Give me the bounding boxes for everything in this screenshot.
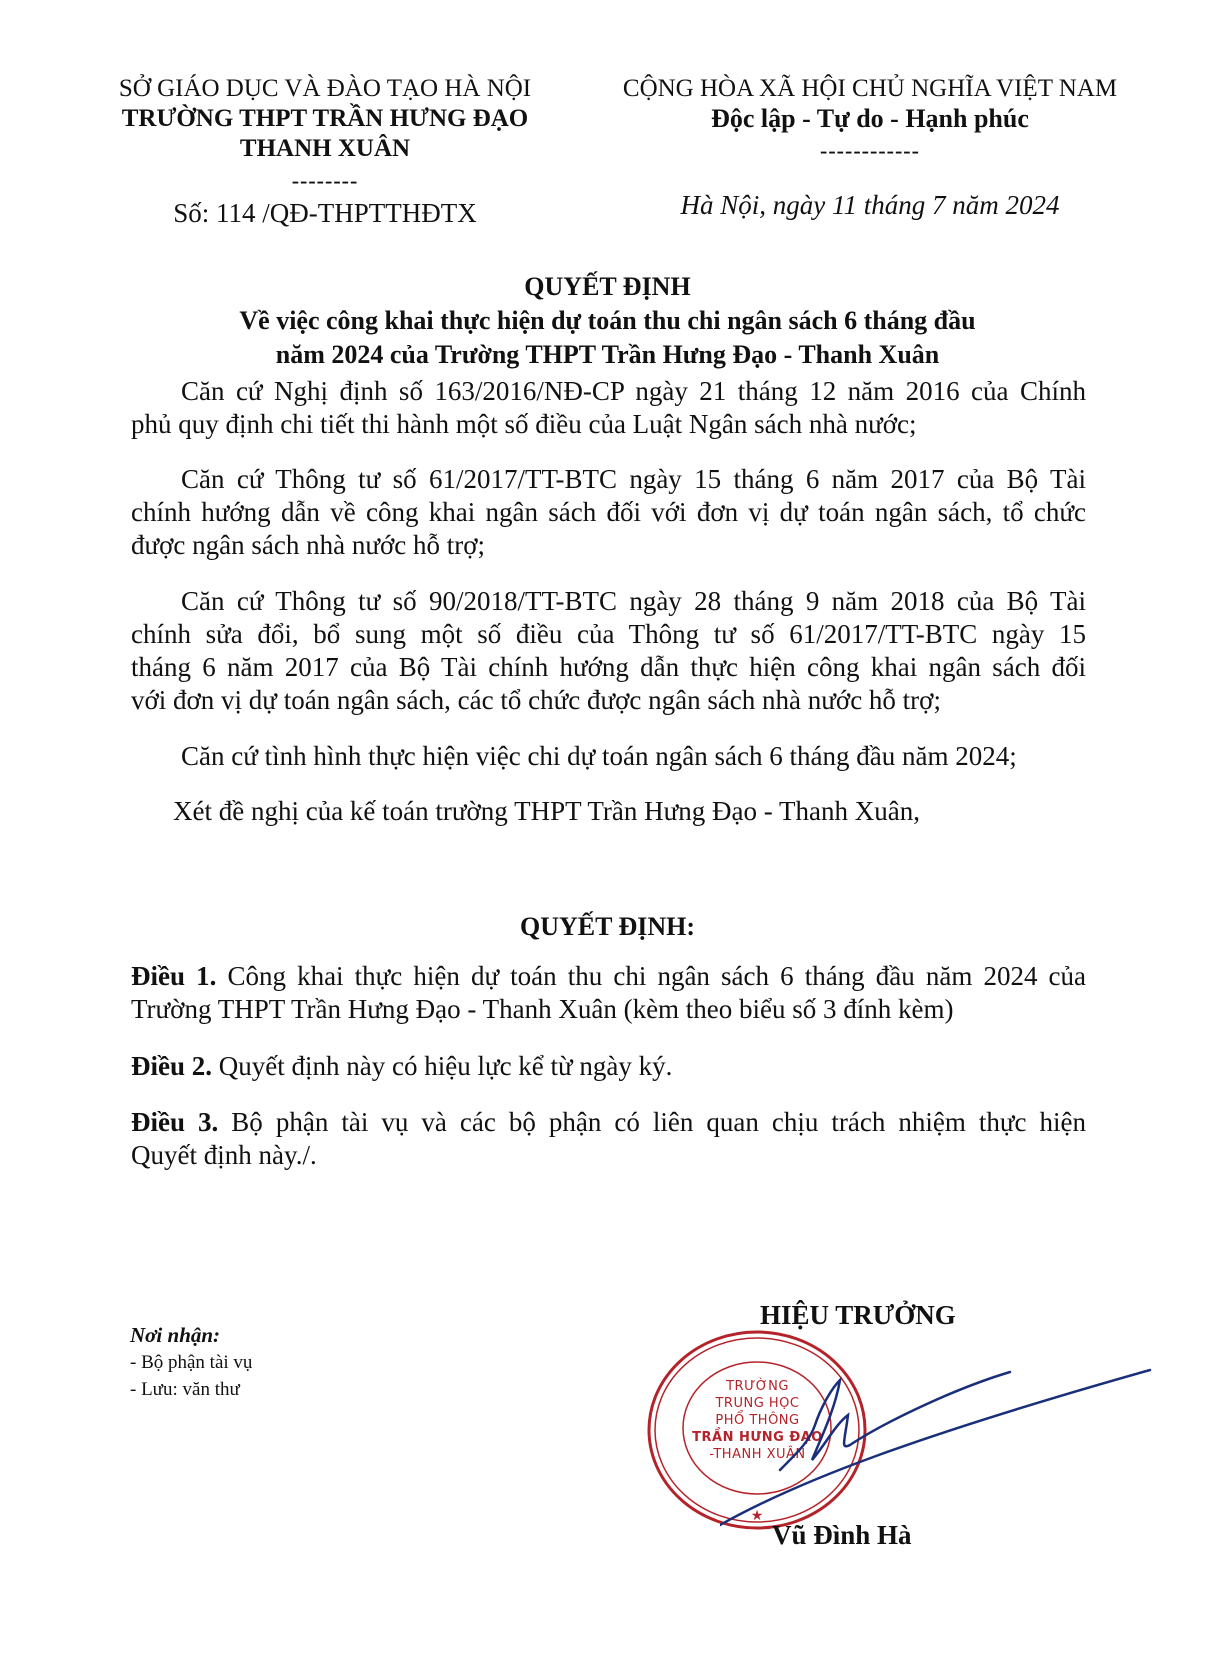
preamble-paragraph-2: Căn cứ Thông tư số 61/2017/TT-BTC ngày 1… xyxy=(131,463,1086,562)
article-1: Điều 1. Công khai thực hiện dự toán thu … xyxy=(131,960,1086,1026)
article-text: Bộ phận tài vụ và các bộ phận có liên qu… xyxy=(218,1107,1086,1137)
preamble-line: Căn cứ Thông tư số 90/2018/TT-BTC ngày 2… xyxy=(131,585,1086,618)
place-and-date: Hà Nội, ngày 11 tháng 7 năm 2024 xyxy=(600,188,1140,222)
national-header-block: CỘNG HÒA XÃ HỘI CHỦ NGHĨA VIỆT NAM Độc l… xyxy=(600,74,1140,222)
signer-name: Vũ Đình Hà xyxy=(772,1520,912,1551)
preamble-paragraph-3: Căn cứ Thông tư số 90/2018/TT-BTC ngày 2… xyxy=(131,585,1086,717)
preamble-paragraph-4: Căn cứ tình hình thực hiện việc chi dự t… xyxy=(131,740,1086,773)
article-2: Điều 2. Quyết định này có hiệu lực kể từ… xyxy=(131,1050,1086,1083)
article-text: Công khai thực hiện dự toán thu chi ngân… xyxy=(216,961,1086,991)
preamble-line: Xét đề nghị của kế toán trường THPT Trần… xyxy=(131,795,1086,828)
school-name-line2: THANH XUÂN xyxy=(100,134,550,164)
signer-title: HIỆU TRƯỞNG xyxy=(760,1300,956,1331)
article-3: Điều 3. Bộ phận tài vụ và các bộ phận có… xyxy=(131,1106,1086,1172)
article-line: Điều 2. Quyết định này có hiệu lực kể từ… xyxy=(131,1050,1086,1083)
preamble-line: với đơn vị dự toán ngân sách, các tổ chứ… xyxy=(131,684,1086,717)
preamble-line: Căn cứ Nghị định số 163/2016/NĐ-CP ngày … xyxy=(131,375,1086,408)
recipients-label: Nơi nhận: xyxy=(130,1322,252,1349)
header-right-separator: ------------ xyxy=(600,140,1140,162)
recipient-item: - Bộ phận tài vụ xyxy=(130,1349,252,1376)
preamble-paragraph-5: Xét đề nghị của kế toán trường THPT Trần… xyxy=(131,795,1086,828)
preamble-line: được ngân sách nhà nước hỗ trợ; xyxy=(131,529,1086,562)
document-title-block: QUYẾT ĐỊNH Về việc công khai thực hiện d… xyxy=(130,270,1085,372)
document-number: Số: 114 /QĐ-THPTTHĐTX xyxy=(100,196,550,230)
article-line: Quyết định này./. xyxy=(131,1139,1086,1172)
preamble-line: tháng 6 năm 2017 của Bộ Tài chính hướng … xyxy=(131,651,1086,684)
preamble-line: Căn cứ tình hình thực hiện việc chi dự t… xyxy=(131,740,1086,773)
article-line: Điều 3. Bộ phận tài vụ và các bộ phận có… xyxy=(131,1106,1086,1139)
article-label: Điều 1. xyxy=(131,961,216,991)
document-subject-line1: Về việc công khai thực hiện dự toán thu … xyxy=(130,304,1085,338)
document-subject-line2: năm 2024 của Trường THPT Trần Hưng Đạo -… xyxy=(130,338,1085,372)
recipient-item: - Lưu: văn thư xyxy=(130,1376,252,1403)
document-title: QUYẾT ĐỊNH xyxy=(130,270,1085,304)
decision-heading: QUYẾT ĐỊNH: xyxy=(130,912,1085,942)
preamble-paragraph-1: Căn cứ Nghị định số 163/2016/NĐ-CP ngày … xyxy=(131,375,1086,441)
school-name-line1: TRƯỜNG THPT TRẦN HƯNG ĐẠO xyxy=(100,104,550,134)
article-label: Điều 2. xyxy=(131,1051,212,1081)
preamble-line: Căn cứ Thông tư số 61/2017/TT-BTC ngày 1… xyxy=(131,463,1086,496)
preamble-line: phủ quy định chi tiết thi hành một số đi… xyxy=(131,408,1086,441)
preamble-line: chính sửa đổi, bổ sung một số điều của T… xyxy=(131,618,1086,651)
department-name: SỞ GIÁO DỤC VÀ ĐÀO TẠO HÀ NỘI xyxy=(100,74,550,104)
issuing-authority-block: SỞ GIÁO DỤC VÀ ĐÀO TẠO HÀ NỘI TRƯỜNG THP… xyxy=(100,74,550,230)
nation-name: CỘNG HÒA XÃ HỘI CHỦ NGHĨA VIỆT NAM xyxy=(600,74,1140,104)
header-left-separator: -------- xyxy=(100,170,550,192)
handwritten-signature xyxy=(720,1330,1160,1530)
recipients-block: Nơi nhận: - Bộ phận tài vụ - Lưu: văn th… xyxy=(130,1322,252,1403)
article-line: Trường THPT Trần Hưng Đạo - Thanh Xuân (… xyxy=(131,993,1086,1026)
signature-stroke-icon xyxy=(720,1330,1160,1530)
preamble-line: chính hướng dẫn về công khai ngân sách đ… xyxy=(131,496,1086,529)
article-line: Điều 1. Công khai thực hiện dự toán thu … xyxy=(131,960,1086,993)
article-text: Quyết định này có hiệu lực kể từ ngày ký… xyxy=(212,1051,672,1081)
national-motto: Độc lập - Tự do - Hạnh phúc xyxy=(600,104,1140,134)
article-label: Điều 3. xyxy=(131,1107,218,1137)
